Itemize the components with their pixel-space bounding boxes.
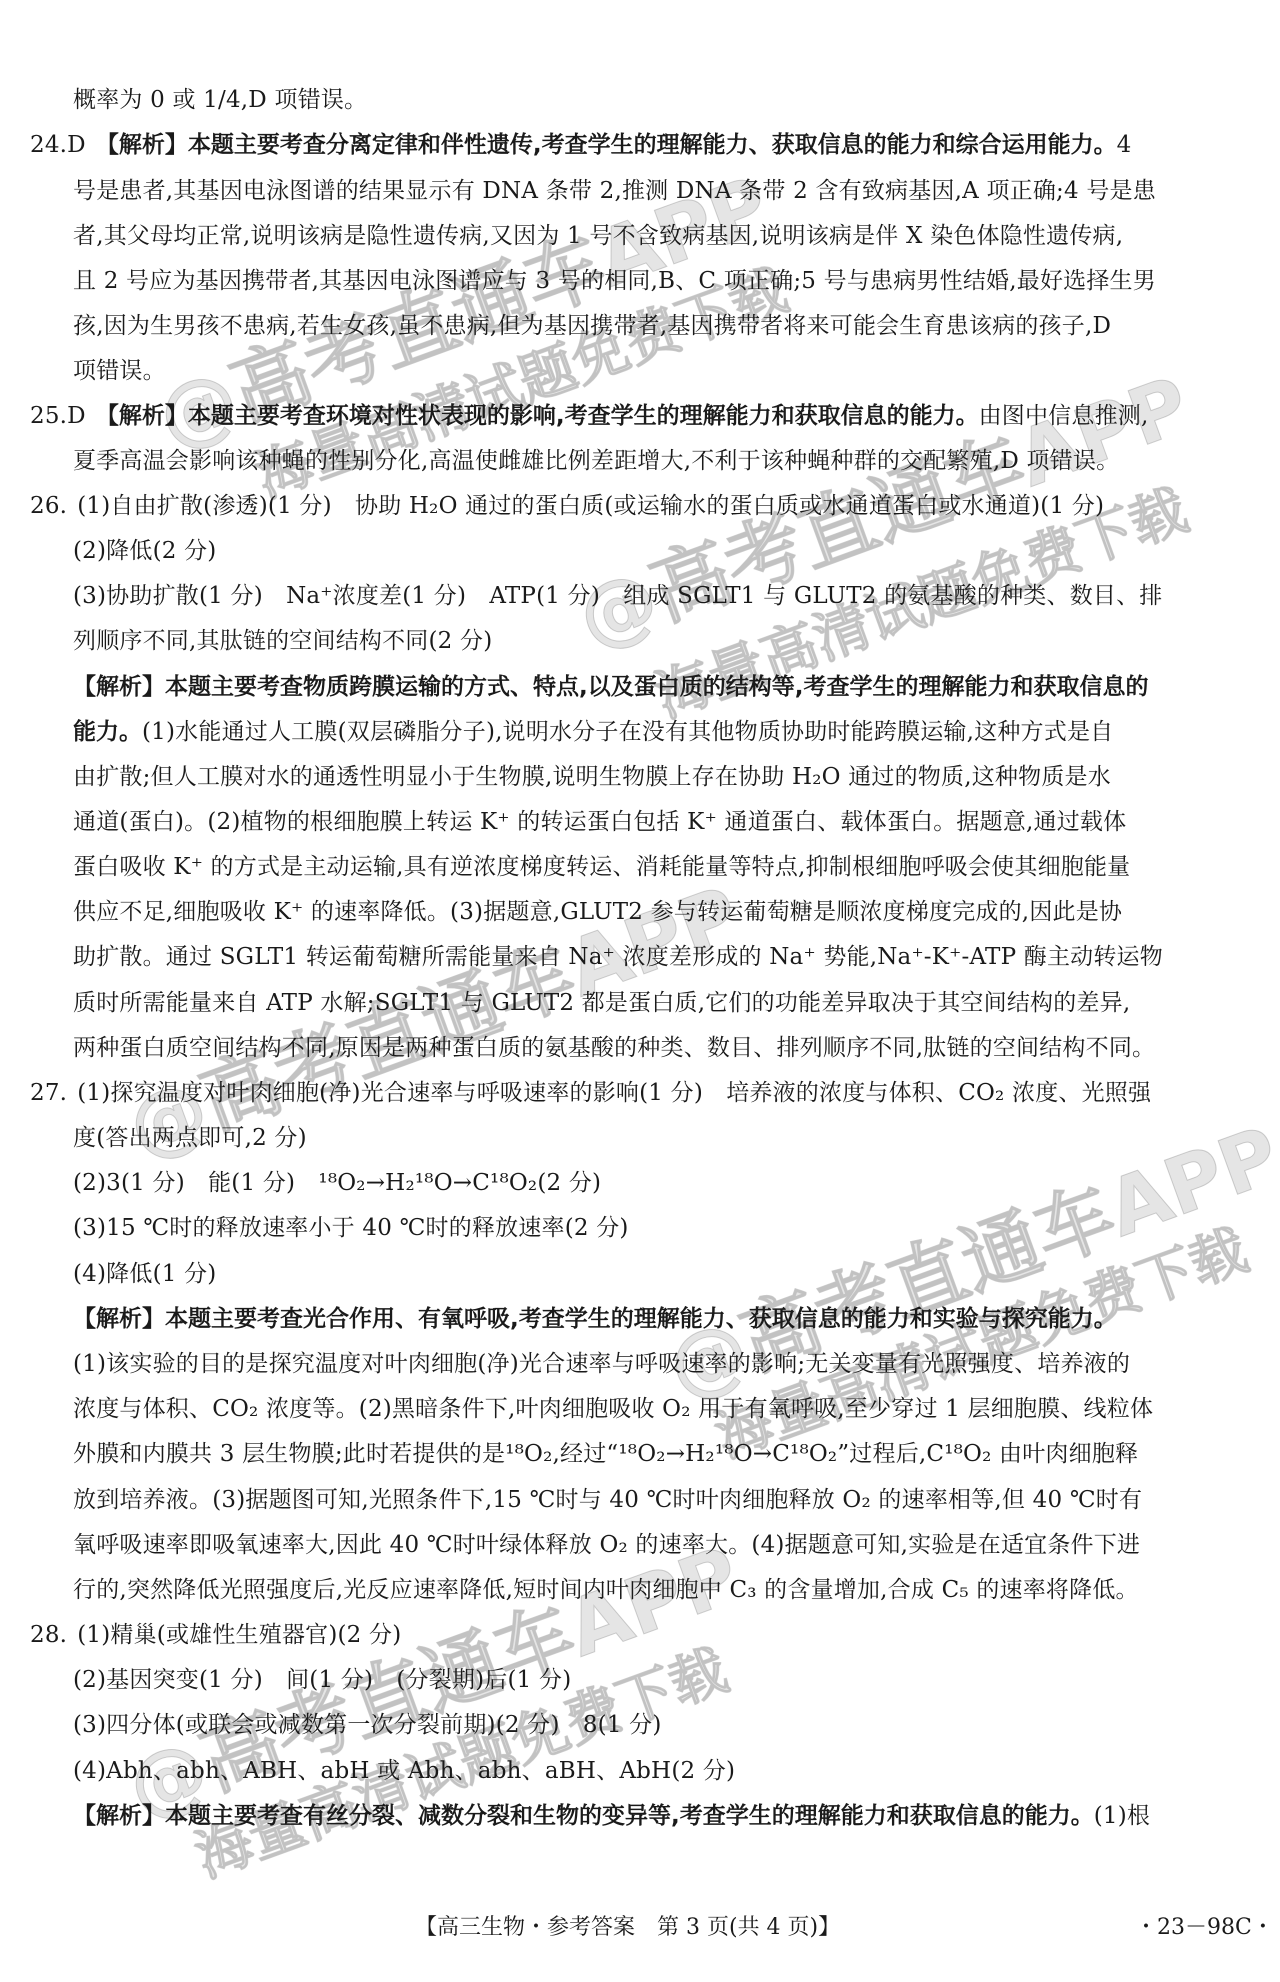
text-line: 蛋白吸收 K⁺ 的方式是主动运输,具有逆浓度梯度转运、消耗能量等特点,抑制根细胞… (73, 852, 1243, 882)
text-line: 27.(1)探究温度对叶肉细胞(净)光合速率与呼吸速率的影响(1 分) 培养液的… (30, 1078, 1200, 1108)
text-line: (3)协助扩散(1 分) Na⁺浓度差(1 分) ATP(1 分) 组成 SGL… (73, 581, 1243, 611)
text-line: 【解析】本题主要考查物质跨膜运输的方式、特点,以及蛋白质的结构等,考查学生的理解… (73, 672, 1243, 702)
line-text: (3)协助扩散(1 分) Na⁺浓度差(1 分) ATP(1 分) 组成 SGL… (73, 583, 1163, 609)
line-text: (2)3(1 分) 能(1 分) ¹⁸O₂→H₂¹⁸O→C¹⁸O₂(2 分) (73, 1170, 601, 1196)
line-text: 质时所需能量来自 ATP 水解;SGLT1 与 GLUT2 都是蛋白质,它们的功… (73, 990, 1130, 1016)
analysis-heading: 【解析】本题主要考查光合作用、有氧呼吸,考查学生的理解能力、获取信息的能力和实验… (73, 1306, 1117, 1332)
question-number: 26. (30, 493, 67, 519)
text-line: 能力。(1)水能通过人工膜(双层磷脂分子),说明水分子在没有其他物质协助时能跨膜… (73, 717, 1243, 747)
line-text: 列顺序不同,其肽链的空间结构不同(2 分) (73, 628, 492, 654)
text-line: 行的,突然降低光照强度后,光反应速率降低,短时间内叶肉细胞中 C₃ 的含量增加,… (73, 1575, 1243, 1605)
question-number: 24.D (30, 132, 86, 158)
text-line: (2)基因突变(1 分) 间(1 分) (分裂期)后(1 分) (73, 1665, 1243, 1695)
line-text: 通道(蛋白)。(2)植物的根细胞膜上转运 K⁺ 的转运蛋白包括 K⁺ 通道蛋白、… (73, 809, 1126, 835)
text-line: 氧呼吸速率即吸氧速率大,因此 40 ℃时叶绿体释放 O₂ 的速率大。(4)据题意… (73, 1530, 1243, 1560)
line-text: 蛋白吸收 K⁺ 的方式是主动运输,具有逆浓度梯度转运、消耗能量等特点,抑制根细胞… (73, 854, 1130, 880)
line-text: (2)降低(2 分) (73, 538, 216, 564)
analysis-heading: 【解析】本题主要考查物质跨膜运输的方式、特点,以及蛋白质的结构等,考查学生的理解… (73, 674, 1148, 700)
text-line: 【解析】本题主要考查光合作用、有氧呼吸,考查学生的理解能力、获取信息的能力和实验… (73, 1304, 1243, 1334)
line-text: 供应不足,细胞吸收 K⁺ 的速率降低。(3)据题意,GLUT2 参与转运葡萄糖是… (73, 899, 1122, 925)
answer-page: @高考直通车APP 海量高清试题免费下载 @高考直通车APP 海量高清试题免费下… (0, 0, 1280, 1982)
line-text: 浓度与体积、CO₂ 浓度等。(2)黑暗条件下,叶肉细胞吸收 O₂ 用于有氧呼吸,… (73, 1396, 1153, 1422)
line-text: 度(答出两点即可,2 分) (73, 1125, 307, 1151)
text-line: 者,其父母均正常,说明该病是隐性遗传病,又因为 1 号不含致病基因,说明该病是伴… (73, 221, 1243, 251)
text-line: 供应不足,细胞吸收 K⁺ 的速率降低。(3)据题意,GLUT2 参与转运葡萄糖是… (73, 897, 1243, 927)
line-text: 概率为 0 或 1/4,D 项错误。 (73, 87, 367, 113)
text-line: (2)降低(2 分) (73, 536, 1243, 566)
line-text: 由图中信息推测, (979, 403, 1149, 429)
line-text: (1)自由扩散(渗透)(1 分) 协助 H₂O 通过的蛋白质(或运输水的蛋白质或… (77, 493, 1104, 519)
line-text: 项错误。 (73, 358, 166, 384)
line-text: (1)精巢(或雄性生殖器官)(2 分) (77, 1622, 401, 1648)
text-line: 助扩散。通过 SGLT1 转运葡萄糖所需能量来自 Na⁺ 浓度差形成的 Na⁺ … (73, 942, 1243, 972)
line-text: (1)根 (1094, 1803, 1150, 1829)
text-line: (3)15 ℃时的释放速率小于 40 ℃时的释放速率(2 分) (73, 1213, 1243, 1243)
text-line: 度(答出两点即可,2 分) (73, 1123, 1243, 1153)
line-text: 孩,因为生男孩不患病,若生女孩,虽不患病,但为基因携带者,基因携带者将来可能会生… (73, 313, 1111, 339)
text-line: 夏季高温会影响该种蝇的性别分化,高温使雌雄比例差距增大,不利于该种蝇种群的交配繁… (73, 446, 1243, 476)
analysis-heading: 【解析】本题主要考查有丝分裂、减数分裂和生物的变异等,考查学生的理解能力和获取信… (73, 1803, 1094, 1829)
text-line: 浓度与体积、CO₂ 浓度等。(2)黑暗条件下,叶肉细胞吸收 O₂ 用于有氧呼吸,… (73, 1394, 1243, 1424)
line-text: 放到培养液。(3)据题图可知,光照条件下,15 ℃时与 40 ℃时叶肉细胞释放 … (73, 1487, 1142, 1513)
analysis-heading: 能力。 (73, 719, 142, 745)
line-text: (1)探究温度对叶肉细胞(净)光合速率与呼吸速率的影响(1 分) 培养液的浓度与… (77, 1080, 1151, 1106)
line-text: (4)Abh、abh、ABH、abH 或 Abh、abh、aBH、AbH(2 分… (73, 1758, 735, 1784)
text-line: 概率为 0 或 1/4,D 项错误。 (73, 85, 1243, 115)
text-line: 外膜和内膜共 3 层生物膜;此时若提供的是¹⁸O₂,经过“¹⁸O₂→H₂¹⁸O→… (73, 1439, 1243, 1469)
line-text: 外膜和内膜共 3 层生物膜;此时若提供的是¹⁸O₂,经过“¹⁸O₂→H₂¹⁸O→… (73, 1441, 1138, 1467)
line-text: (3)15 ℃时的释放速率小于 40 ℃时的释放速率(2 分) (73, 1215, 629, 1241)
text-line: 28.(1)精巢(或雄性生殖器官)(2 分) (30, 1620, 1200, 1650)
line-text: 号是患者,其基因电泳图谱的结果显示有 DNA 条带 2,推测 DNA 条带 2 … (73, 178, 1156, 204)
footer-page-info: 【高三生物・参考答案 第 3 页(共 4 页)】 (415, 1913, 840, 1943)
watermark: 海量高清试题免费下载 (703, 1207, 1257, 1474)
line-text: 助扩散。通过 SGLT1 转运葡萄糖所需能量来自 Na⁺ 浓度差形成的 Na⁺ … (73, 944, 1163, 970)
footer-code: ・23－98C・ (1135, 1913, 1274, 1943)
analysis-heading: 【解析】本题主要考查分离定律和伴性遗传,考查学生的理解能力、获取信息的能力和综合… (96, 132, 1117, 158)
text-line: 列顺序不同,其肽链的空间结构不同(2 分) (73, 626, 1243, 656)
text-line: (4)Abh、abh、ABH、abH 或 Abh、abh、aBH、AbH(2 分… (73, 1756, 1243, 1786)
text-line: 孩,因为生男孩不患病,若生女孩,虽不患病,但为基因携带者,基因携带者将来可能会生… (73, 311, 1243, 341)
line-text: 由扩散;但人工膜对水的通透性明显小于生物膜,说明生物膜上存在协助 H₂O 通过的… (73, 764, 1111, 790)
text-line: 且 2 号应为基因携带者,其基因电泳图谱应与 3 号的相同,B、C 项正确;5 … (73, 266, 1243, 296)
line-text: 行的,突然降低光照强度后,光反应速率降低,短时间内叶肉细胞中 C₃ 的含量增加,… (73, 1577, 1139, 1603)
line-text: (2)基因突变(1 分) 间(1 分) (分裂期)后(1 分) (73, 1667, 571, 1693)
question-number: 25.D (30, 403, 86, 429)
text-line: (2)3(1 分) 能(1 分) ¹⁸O₂→H₂¹⁸O→C¹⁸O₂(2 分) (73, 1168, 1243, 1198)
text-line: 项错误。 (73, 356, 1243, 386)
text-line: 26.(1)自由扩散(渗透)(1 分) 协助 H₂O 通过的蛋白质(或运输水的蛋… (30, 491, 1200, 521)
text-line: 【解析】本题主要考查有丝分裂、减数分裂和生物的变异等,考查学生的理解能力和获取信… (73, 1801, 1243, 1831)
text-line: (1)该实验的目的是探究温度对叶肉细胞(净)光合速率与呼吸速率的影响;无关变量有… (73, 1349, 1243, 1379)
text-line: 25.D【解析】本题主要考查环境对性状表现的影响,考查学生的理解能力和获取信息的… (30, 401, 1200, 431)
line-text: 两种蛋白质空间结构不同,原因是两种蛋白质的氨基酸的种类、数目、排列顺序不同,肽链… (73, 1035, 1155, 1061)
text-line: 由扩散;但人工膜对水的通透性明显小于生物膜,说明生物膜上存在协助 H₂O 通过的… (73, 762, 1243, 792)
line-text: (1)水能通过人工膜(双层磷脂分子),说明水分子在没有其他物质协助时能跨膜运输,… (142, 719, 1113, 745)
line-text: 夏季高温会影响该种蝇的性别分化,高温使雌雄比例差距增大,不利于该种蝇种群的交配繁… (73, 448, 1119, 474)
text-line: 质时所需能量来自 ATP 水解;SGLT1 与 GLUT2 都是蛋白质,它们的功… (73, 988, 1243, 1018)
line-text: 且 2 号应为基因携带者,其基因电泳图谱应与 3 号的相同,B、C 项正确;5 … (73, 268, 1156, 294)
line-text: (1)该实验的目的是探究温度对叶肉细胞(净)光合速率与呼吸速率的影响;无关变量有… (73, 1351, 1130, 1377)
line-text: (3)四分体(或联会或减数第一次分裂前期)(2 分) 8(1 分) (73, 1712, 662, 1738)
line-text: 者,其父母均正常,说明该病是隐性遗传病,又因为 1 号不含致病基因,说明该病是伴… (73, 223, 1123, 249)
text-line: 24.D【解析】本题主要考查分离定律和伴性遗传,考查学生的理解能力、获取信息的能… (30, 130, 1200, 160)
question-number: 28. (30, 1622, 67, 1648)
text-line: 号是患者,其基因电泳图谱的结果显示有 DNA 条带 2,推测 DNA 条带 2 … (73, 176, 1243, 206)
line-text: (4)降低(1 分) (73, 1261, 216, 1287)
text-line: 放到培养液。(3)据题图可知,光照条件下,15 ℃时与 40 ℃时叶肉细胞释放 … (73, 1485, 1243, 1515)
text-line: 通道(蛋白)。(2)植物的根细胞膜上转运 K⁺ 的转运蛋白包括 K⁺ 通道蛋白、… (73, 807, 1243, 837)
question-number: 27. (30, 1080, 67, 1106)
text-line: 两种蛋白质空间结构不同,原因是两种蛋白质的氨基酸的种类、数目、排列顺序不同,肽链… (73, 1033, 1243, 1063)
line-text: 氧呼吸速率即吸氧速率大,因此 40 ℃时叶绿体释放 O₂ 的速率大。(4)据题意… (73, 1532, 1140, 1558)
analysis-heading: 【解析】本题主要考查环境对性状表现的影响,考查学生的理解能力和获取信息的能力。 (96, 403, 979, 429)
text-line: (3)四分体(或联会或减数第一次分裂前期)(2 分) 8(1 分) (73, 1710, 1243, 1740)
text-line: (4)降低(1 分) (73, 1259, 1243, 1289)
line-text: 4 (1117, 132, 1132, 158)
